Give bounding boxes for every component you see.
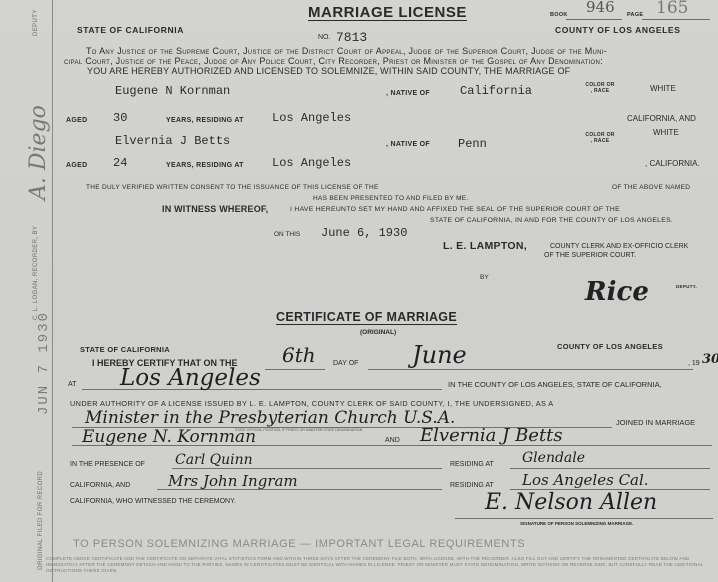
presence-label: IN THE PRESENCE OF: [70, 461, 145, 468]
margin-deputy-label: DEPUTY: [33, 9, 39, 36]
california-and-label: CALIFORNIA, AND: [70, 482, 130, 489]
witnessed-label: CALIFORNIA, WHO WITNESSED THE CEREMONY.: [70, 498, 236, 505]
certificate-place: Los Angeles: [120, 365, 261, 391]
place-suffix: IN THE COUNTY OF LOS ANGELES, STATE OF C…: [448, 380, 662, 389]
consent-line-2: HAS BEEN PRESENTED TO AND FILED BY ME.: [313, 195, 469, 202]
groom-native-of: California: [460, 84, 532, 98]
bride-state-suffix: , CALIFORNIA.: [645, 159, 700, 168]
witness2-residence: Los Angeles Cal.: [522, 471, 649, 489]
authorization-text: YOU ARE HEREBY AUTHORIZED AND LICENSED T…: [87, 66, 570, 76]
and-label: AND: [385, 437, 400, 444]
book-label: BOOK: [550, 12, 568, 18]
groom-aged-label: AGED: [66, 117, 87, 124]
certificate-month: June: [412, 341, 467, 369]
day-line: [265, 369, 325, 370]
officiant-position: Minister in the Presbyterian Church U.S.…: [85, 408, 455, 428]
certificate-subtitle: (ORIGINAL): [360, 329, 396, 336]
marriage-license-document: DEPUTY C. L. LOGAN, RECORDER, BY A. Dieg…: [0, 0, 718, 582]
bride-native-of: Penn: [458, 137, 487, 151]
witness2-residing-label: RESIDING AT: [450, 482, 494, 489]
witness1-name: Carl Quinn: [175, 452, 253, 468]
certificate-county: COUNTY OF LOS ANGELES: [557, 342, 663, 351]
groom-color-label: COLOR OR , RACE: [585, 82, 615, 94]
witness1-line: [172, 468, 442, 469]
clerk-title-1: COUNTY CLERK AND EX-OFFICIO CLERK: [550, 243, 688, 250]
groom-age: 30: [113, 111, 127, 125]
license-no-label: NO.: [318, 34, 330, 41]
on-this-label: ON THIS: [274, 231, 300, 238]
witness1-residence-line: [510, 468, 710, 469]
license-number: 7813: [336, 30, 367, 45]
license-county: COUNTY OF LOS ANGELES: [555, 25, 680, 35]
book-value: 946: [586, 0, 615, 16]
consent-line-1: THE DULY VERIFIED WRITTEN CONSENT TO THE…: [86, 184, 379, 191]
bride-residence: Los Angeles: [272, 156, 351, 170]
witness2-name: Mrs John Ingram: [168, 472, 298, 490]
deputy-signature: Rice: [585, 277, 649, 307]
footer-heading: TO PERSON SOLEMNIZING MARRIAGE — IMPORTA…: [73, 538, 525, 550]
page-line: [642, 19, 710, 20]
groom-name: Eugene N Kornman: [115, 84, 230, 98]
witness1-residing-label: RESIDING AT: [450, 461, 494, 468]
groom-state-suffix: CALIFORNIA, AND: [627, 114, 696, 123]
bride-race: WHITE: [653, 128, 679, 137]
groom-residing-label: YEARS, RESIDING AT: [166, 117, 244, 124]
book-line: [566, 19, 622, 20]
by-label: BY: [480, 274, 489, 281]
footer-fine-print: COMPLETE ABOVE CERTIFICATE AND THE CERTI…: [46, 556, 712, 574]
witness1-residence: Glendale: [522, 450, 585, 466]
year-prefix: , 19: [688, 360, 700, 367]
signature-line: [455, 518, 713, 519]
clerk-name: L. E. LAMPTON,: [443, 240, 527, 252]
bride-age: 24: [113, 156, 127, 170]
joined-label: JOINED IN MARRIAGE: [616, 418, 695, 427]
day-of-label: DAY OF: [333, 360, 358, 367]
signature-caption: SIGNATURE OF PERSON SOLEMNIZING MARRIAGE…: [520, 521, 633, 526]
bride-name: Elvernia J Betts: [115, 134, 230, 148]
bride-native-label: , NATIVE OF: [386, 141, 430, 148]
license-date: June 6, 1930: [321, 226, 407, 240]
margin-filed-stamp: JUN 7 1930: [36, 311, 52, 415]
witness-line-2: STATE OF CALIFORNIA, IN AND FOR THE COUN…: [430, 217, 673, 224]
witness-whereof: IN WITNESS WHEREOF,: [162, 204, 268, 214]
groom-residence: Los Angeles: [272, 111, 351, 125]
consent-line-1-end: OF THE ABOVE NAMED: [612, 184, 690, 191]
license-title: MARRIAGE LICENSE: [308, 4, 467, 21]
bride-aged-label: AGED: [66, 162, 87, 169]
preamble-line-2: cipal Court, Justice of the Peace, Judge…: [64, 56, 603, 66]
authority-text: UNDER AUTHORITY OF A LICENSE ISSUED BY L…: [70, 399, 554, 408]
groom-race: WHITE: [650, 84, 676, 93]
page-label: PAGE: [627, 12, 643, 18]
month-line: [368, 369, 693, 370]
margin-recorder-signature: A. Diego: [26, 105, 51, 200]
preamble-line-1: To Any Justice of the Supreme Court, Jus…: [86, 46, 607, 56]
certificate-day: 6th: [282, 343, 316, 367]
cert-bride-name: Elvernia J Betts: [420, 425, 563, 446]
cert-groom-name: Eugene N. Kornman: [82, 427, 256, 447]
margin-recorder-label: C. L. LOGAN, RECORDER, BY: [33, 226, 39, 320]
page-value: 165: [656, 0, 688, 18]
officiant-signature: E. Nelson Allen: [485, 490, 657, 515]
license-state: STATE OF CALIFORNIA: [77, 25, 184, 35]
certificate-title: CERTIFICATE OF MARRIAGE: [276, 310, 457, 324]
deputy-label: DEPUTY.: [676, 284, 697, 289]
at-label: AT: [68, 381, 76, 388]
bride-color-label: COLOR OR , RACE: [585, 132, 615, 144]
margin-rule: [52, 0, 53, 582]
bride-residing-label: YEARS, RESIDING AT: [166, 162, 244, 169]
groom-native-label: , NATIVE OF: [386, 90, 430, 97]
certificate-state: STATE OF CALIFORNIA: [80, 345, 170, 354]
clerk-title-2: OF THE SUPERIOR COURT.: [544, 252, 636, 259]
year-suffix: 30: [702, 352, 718, 367]
witness-line-1: I HAVE HEREUNTO SET MY HAND AND AFFIXED …: [290, 206, 620, 213]
margin-filed-label: ORIGINAL FILED FOR RECORD: [38, 471, 44, 570]
